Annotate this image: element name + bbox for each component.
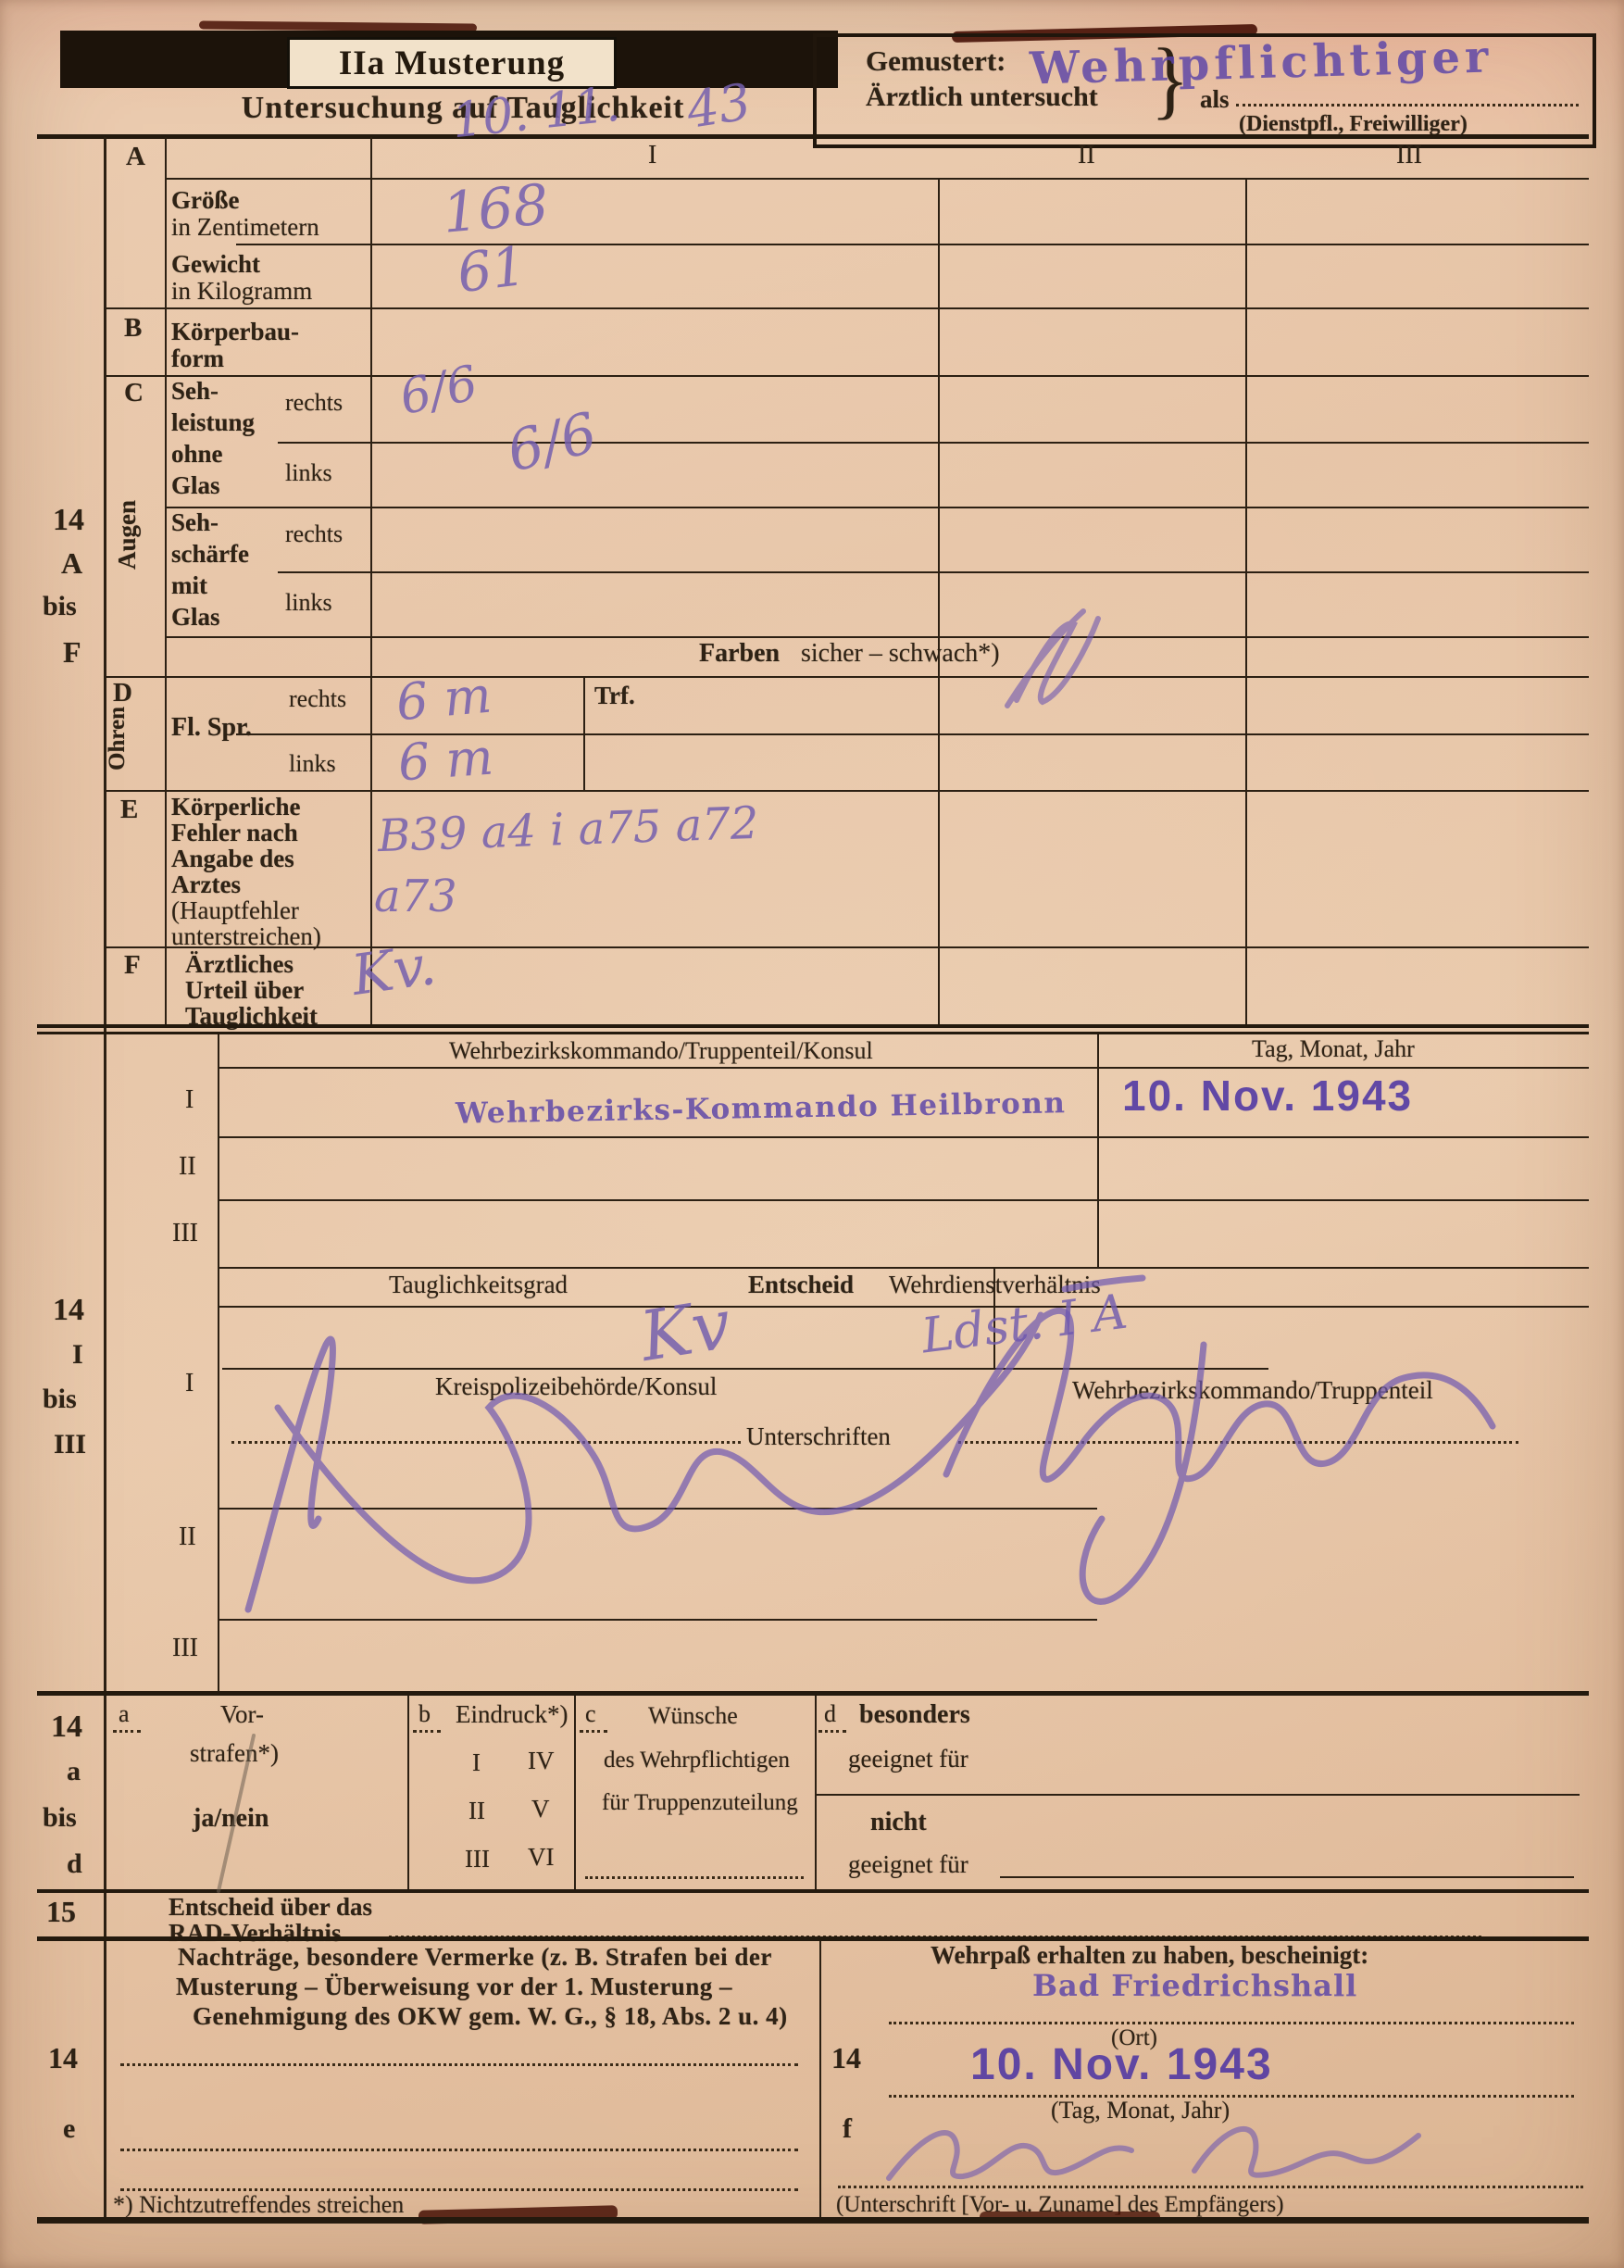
- weight-unit-label: in Kilogramm: [171, 279, 312, 304]
- dotted-line: [120, 2063, 798, 2066]
- line: [1000, 1876, 1574, 1878]
- not-suited-label-1: nicht: [870, 1810, 927, 1836]
- defects-label-4: Arztes: [171, 872, 241, 897]
- line: [104, 375, 1589, 377]
- impression-III: III: [465, 1847, 490, 1872]
- eyes-label: Augen: [115, 456, 146, 613]
- form-code: IIa Musterung: [339, 44, 565, 83]
- line: [218, 1619, 1097, 1621]
- hw-defects-1: B39 a4 i a75 a72: [377, 801, 759, 858]
- divider: [1245, 178, 1247, 1028]
- als-dotted-line: [1236, 104, 1579, 107]
- hw-service-relation: Ldst. I A: [919, 1288, 1131, 1361]
- row-marker-II: II: [179, 1524, 196, 1550]
- line: [104, 790, 1589, 792]
- line: [218, 1067, 1589, 1069]
- dotted-underline: [818, 1730, 846, 1733]
- remarks-note-1: Nachträge, besondere Vermerke (z. B. Str…: [178, 1945, 772, 1970]
- wishes-label-1: Wünsche: [648, 1704, 738, 1728]
- row-letter-A: A: [126, 144, 145, 170]
- row-marker-I: I: [185, 1087, 194, 1113]
- divider: [819, 1941, 821, 2220]
- line: [104, 307, 1589, 309]
- vision-glass-1: Seh-: [171, 510, 219, 535]
- row-marker-III: III: [172, 1635, 198, 1661]
- defects-label-6: unterstreichen): [171, 924, 321, 949]
- remarks-note-3: Genehmigung des OKW gem. W. G., § 18, Ab…: [193, 2004, 788, 2029]
- impression-IV: IV: [528, 1748, 555, 1773]
- row-letter-F: F: [124, 952, 141, 979]
- col-header-III: III: [1396, 143, 1422, 169]
- right-label: rechts: [289, 687, 346, 711]
- dotted-line: [120, 2149, 798, 2151]
- left-label: links: [285, 461, 332, 485]
- signature-recipient: [889, 2133, 1131, 2178]
- height-label: Größe: [171, 188, 240, 213]
- fitness-grade-header: Tauglichkeitsgrad: [389, 1272, 568, 1297]
- verdict-label-2: Urteil über: [185, 978, 304, 1003]
- line: [218, 1199, 1589, 1201]
- line: [218, 1508, 1097, 1510]
- vision-glass-2: schärfe: [171, 542, 249, 567]
- ears-label: Ohren: [106, 689, 133, 789]
- defects-label-3: Angabe des: [171, 846, 294, 871]
- remarks-note-2: Musterung – Überweisung vor der 1. Muste…: [176, 1974, 732, 1999]
- rule: [37, 1024, 1589, 1028]
- line: [218, 1136, 1589, 1138]
- left-label: links: [285, 591, 332, 615]
- dotted-line: [958, 1441, 1518, 1444]
- draftee-stamp: Wehrpflichtiger: [1029, 34, 1493, 91]
- col-a-letter: a: [119, 1702, 130, 1726]
- wehrpass-received-label: Wehrpaß erhalten zu haben, bescheinigt:: [931, 1943, 1368, 1968]
- build-label-1: Körperbau-: [171, 320, 299, 345]
- left-label: links: [289, 752, 336, 776]
- vision-noglass-3: ohne: [171, 442, 223, 467]
- line: [218, 1306, 1589, 1308]
- divider: [165, 137, 167, 1028]
- line: [104, 676, 1589, 678]
- line: [222, 1368, 1268, 1370]
- hw-defects-2: a73: [374, 874, 457, 919]
- margin-ad-a: a: [67, 1758, 81, 1786]
- margin-e-e: e: [63, 2115, 75, 2143]
- line: [167, 178, 1589, 180]
- dotted-line: [889, 2022, 1574, 2024]
- defects-label-2: Fehler nach: [171, 821, 298, 846]
- divider: [104, 137, 106, 2220]
- margin-i3-I: I: [72, 1341, 83, 1369]
- mustered-label: Gemustert:: [866, 46, 1006, 75]
- margin-i3-III: III: [54, 1431, 86, 1459]
- whisper-speech-label: Fl. Spr.: [171, 715, 252, 741]
- margin-af-bis: bis: [43, 593, 77, 620]
- right-label: rechts: [285, 522, 343, 546]
- impression-II: II: [468, 1798, 485, 1823]
- signature-left: [248, 1339, 332, 1610]
- musterung-form-page: IIa Musterung Untersuchung auf Tauglichk…: [0, 0, 1624, 2268]
- dotted-line: [889, 2095, 1574, 2098]
- suited-label-2: geeignet für: [848, 1747, 968, 1772]
- margin-af-14: 14: [53, 505, 84, 536]
- hw-vision-left: 6/6: [502, 405, 602, 481]
- rule: [37, 1691, 1589, 1696]
- dotted-underline: [113, 1730, 141, 1733]
- signature-recipient: [1194, 2129, 1418, 2175]
- rad-label-2: RAD-Verhältnis: [169, 1921, 342, 1946]
- als-label: als: [1200, 87, 1230, 112]
- line: [167, 636, 1589, 638]
- col-header-I: I: [648, 143, 656, 169]
- margin-af-F: F: [63, 637, 81, 667]
- line: [278, 442, 1589, 444]
- not-suited-label-2: geeignet für: [848, 1852, 968, 1877]
- als-note: (Dienstpfl., Freiwilliger): [1239, 113, 1468, 135]
- trf-label: Trf.: [594, 683, 635, 708]
- priors-label-1: Vor-: [220, 1702, 264, 1727]
- rule: [37, 1032, 1589, 1034]
- date-col-header: Tag, Monat, Jahr: [1252, 1037, 1415, 1061]
- date-stamp-2: 10. Nov. 1943: [970, 2043, 1273, 2087]
- hw-exam-year: 43: [683, 77, 754, 136]
- vision-noglass-1: Seh-: [171, 379, 219, 404]
- line: [104, 946, 1589, 948]
- divider: [407, 1696, 409, 1889]
- dotted-underline: [580, 1730, 607, 1733]
- height-unit-label: in Zentimetern: [171, 215, 319, 240]
- impression-V: V: [531, 1797, 550, 1822]
- hw-fitness-grade: Kv: [636, 1290, 735, 1372]
- weight-label: Gewicht: [171, 252, 260, 277]
- date-stamp-1: 10. Nov. 1943: [1122, 1074, 1413, 1117]
- yes-no-label: ja/nein: [193, 1806, 269, 1832]
- strike-mark-schwach: [1007, 611, 1083, 706]
- margin-f-f: f: [843, 2115, 852, 2143]
- priors-label-2: strafen*): [190, 1741, 279, 1766]
- col-header-II: II: [1078, 143, 1095, 169]
- margin-ad-14: 14: [51, 1711, 82, 1743]
- district-command-header: Wehrbezirkskommando/Truppenteil/Konsul: [449, 1039, 873, 1063]
- vision-noglass-4: Glas: [171, 473, 220, 498]
- verdict-label-1: Ärztliches: [185, 952, 294, 977]
- hw-hearing-left: 6 m: [396, 732, 494, 788]
- hw-verdict: Kv.: [348, 937, 439, 1004]
- line: [218, 1267, 1589, 1269]
- margin-ad-bis: bis: [43, 1804, 77, 1832]
- vision-glass-4: Glas: [171, 605, 220, 630]
- hw-vision-right: 6/6: [396, 359, 482, 422]
- margin-i3-14: 14: [53, 1295, 84, 1326]
- col-d-letter: d: [824, 1702, 836, 1726]
- hw-height: 168: [441, 177, 551, 242]
- signatures-label: Unterschriften: [746, 1424, 891, 1449]
- divider: [370, 137, 372, 1028]
- dotted-line: [585, 1876, 804, 1879]
- dotted-underline: [413, 1730, 441, 1733]
- wishes-label-2: des Wehrpflichtigen: [604, 1748, 790, 1772]
- district-command-stamp: Wehrbezirks-Kommando Heilbronn: [456, 1089, 1067, 1129]
- divider: [1097, 1034, 1099, 1267]
- margin-i3-bis: bis: [43, 1385, 77, 1413]
- col-c-letter: c: [585, 1702, 596, 1726]
- row-marker-I: I: [185, 1371, 194, 1397]
- rad-label-1: Entscheid über das: [169, 1895, 372, 1920]
- suited-label-1: besonders: [859, 1702, 970, 1728]
- line: [278, 571, 1589, 573]
- line: [815, 1794, 1580, 1796]
- divider: [218, 1034, 219, 1693]
- row-letter-B: B: [124, 315, 142, 342]
- defects-label-5: (Hauptfehler: [171, 898, 299, 923]
- divider: [938, 178, 940, 1028]
- strike-mark-schwach: [1017, 619, 1098, 702]
- decision-header: Entscheid: [748, 1272, 854, 1297]
- police-authority-header: Kreispolizeibehörde/Konsul: [435, 1374, 717, 1399]
- district-unit-header: Wehrbezirkskommando/Truppenteil: [1072, 1378, 1433, 1403]
- col-b-letter: b: [418, 1702, 431, 1726]
- margin-f-14: 14: [831, 2043, 861, 2073]
- defects-label-1: Körperliche: [171, 795, 300, 820]
- vision-noglass-2: leistung: [171, 410, 255, 435]
- impression-label: Eindruck*): [456, 1702, 568, 1727]
- margin-e-14: 14: [48, 2043, 78, 2073]
- line: [167, 507, 1589, 508]
- margin-ad-d: d: [67, 1850, 82, 1878]
- vision-glass-3: mit: [171, 573, 207, 598]
- wishes-label-3: für Truppenzuteilung: [602, 1791, 798, 1814]
- row-marker-III: III: [172, 1221, 198, 1247]
- hw-weight: 61: [455, 239, 529, 301]
- impression-VI: VI: [528, 1845, 555, 1870]
- row-marker-II: II: [179, 1154, 196, 1180]
- impression-I: I: [472, 1750, 481, 1775]
- right-label: rechts: [285, 391, 343, 415]
- row-letter-C: C: [124, 380, 144, 407]
- rule: [37, 2217, 1589, 2224]
- divider: [815, 1696, 817, 1889]
- colors-label: Farben: [699, 641, 780, 667]
- divider: [574, 1696, 576, 1889]
- row-letter-E: E: [120, 796, 138, 823]
- build-label-2: form: [171, 346, 224, 371]
- dotted-line: [838, 2186, 1583, 2188]
- date-note: (Tag, Monat, Jahr): [1051, 2099, 1230, 2123]
- rule: [37, 134, 1589, 139]
- line: [236, 244, 1589, 245]
- place-stamp: Bad Friedrichshall: [1032, 1971, 1357, 2000]
- margin-af-A: A: [61, 548, 82, 578]
- dotted-line: [231, 1441, 741, 1444]
- margin-15: 15: [46, 1897, 76, 1926]
- hw-hearing-right: 6 m: [394, 670, 493, 729]
- colors-options: sicher – schwach*): [801, 641, 1000, 667]
- strike-footnote: *) Nichtzutreffendes streichen: [113, 2193, 404, 2217]
